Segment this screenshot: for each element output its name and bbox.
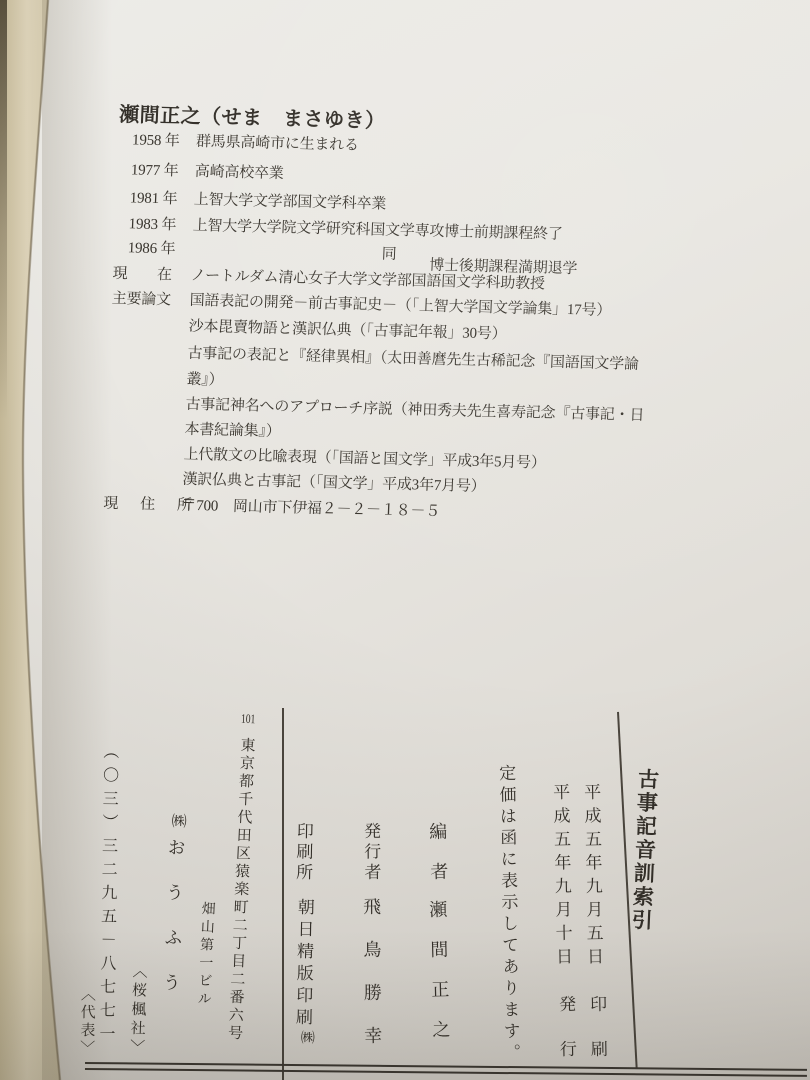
printer-label: 印刷所: [294, 822, 312, 884]
publisher-kabu-mark: ㈱: [169, 813, 185, 829]
bio-row-text: 上智大学文学部国文学科卒業: [193, 188, 386, 214]
bio-row-text: 群馬県高崎市に生まれる: [196, 130, 360, 155]
bio-row-text: 〒700 岡山市下伊福２－２－１８－５: [181, 494, 440, 521]
publisher-person-label: 発行者: [362, 822, 380, 884]
bio-row-text: 叢』）: [186, 368, 224, 390]
bio-row-text: 沙本毘賣物語と漢訳仏典（「古事記年報」30号）: [188, 315, 507, 344]
book-spine-shadow: [0, 0, 7, 420]
bio-row-text: 漢訳仏典と古事記（「国文学」平成3年7月号）: [182, 468, 486, 496]
bio-row-1981: 1981 年 上智大学文学部国文学科卒業: [113, 186, 114, 208]
bio-row-birth: 1958 年 群馬県高崎市に生まれる: [116, 128, 117, 150]
book-colophon-photo: 瀬間正之（せま まさゆき） 1958 年 群馬県高崎市に生まれる 1977 年 …: [0, 0, 810, 1080]
bio-year-label: 1986 年: [127, 236, 175, 258]
bio-row-label: 主要論文: [111, 287, 171, 309]
bio-row-text: 本書紀論集』）: [184, 418, 281, 441]
bio-year-label: 1981 年: [129, 186, 177, 208]
bio-year-label: 1958 年: [132, 128, 180, 150]
printer-name: 朝日精版印刷: [294, 898, 313, 1030]
colophon-divider-left: [282, 708, 284, 1080]
bio-row-text: 上智大学大学院文学研究科国文学専攻博士前期課程終了: [192, 214, 563, 244]
postal-code: 101: [239, 712, 256, 726]
print-date: 平成五年九月五日: [582, 783, 602, 971]
bio-row-text: 同: [381, 242, 397, 263]
double-rule: [85, 1062, 807, 1077]
author-bio-block: 瀬間正之（せま まさゆき） 1958 年 群馬県高崎市に生まれる 1977 年 …: [100, 92, 717, 546]
publisher-alias: 〈桜楓社〉: [128, 963, 146, 1058]
colophon-page: 瀬間正之（せま まさゆき） 1958 年 群馬県高崎市に生まれる 1977 年 …: [0, 0, 810, 1080]
book-title: 古事記音訓索引: [630, 768, 658, 933]
bio-row-1983: 1983 年 上智大学大学院文学研究科国文学専攻博士前期課程終了: [112, 212, 113, 234]
publisher-building: 畑山第一ビル: [195, 901, 214, 1010]
bio-year-label: 1983 年: [128, 212, 176, 234]
postal-code-digits: 101: [240, 712, 256, 726]
publisher-person-name: 飛鳥勝幸: [362, 897, 382, 1069]
printer-kabu-mark: ㈱: [299, 1030, 313, 1044]
editor-label: 編者: [428, 822, 448, 902]
publisher-name: おうふう: [161, 838, 185, 1019]
bio-row-text: 高崎高校卒業: [194, 160, 284, 183]
bio-row-1977: 1977 年 高崎高校卒業: [114, 158, 115, 180]
editor-name: 瀬間正之: [428, 900, 450, 1060]
bio-year-label: 1977 年: [131, 158, 179, 180]
price-note: 定価は函に表示してあります。: [497, 764, 519, 1065]
bio-row-text: 古事記の表記と『経律異相』（太田善麿先生古稀記念『国語国文学論: [187, 342, 639, 374]
gutter-shadow: [42, 0, 112, 1080]
issue-date: 平成五年九月十日: [551, 783, 571, 971]
bio-row-label: 現 在: [112, 262, 172, 284]
publisher-address: 東京都千代田区猿楽町二丁目二番六号: [226, 737, 254, 1043]
